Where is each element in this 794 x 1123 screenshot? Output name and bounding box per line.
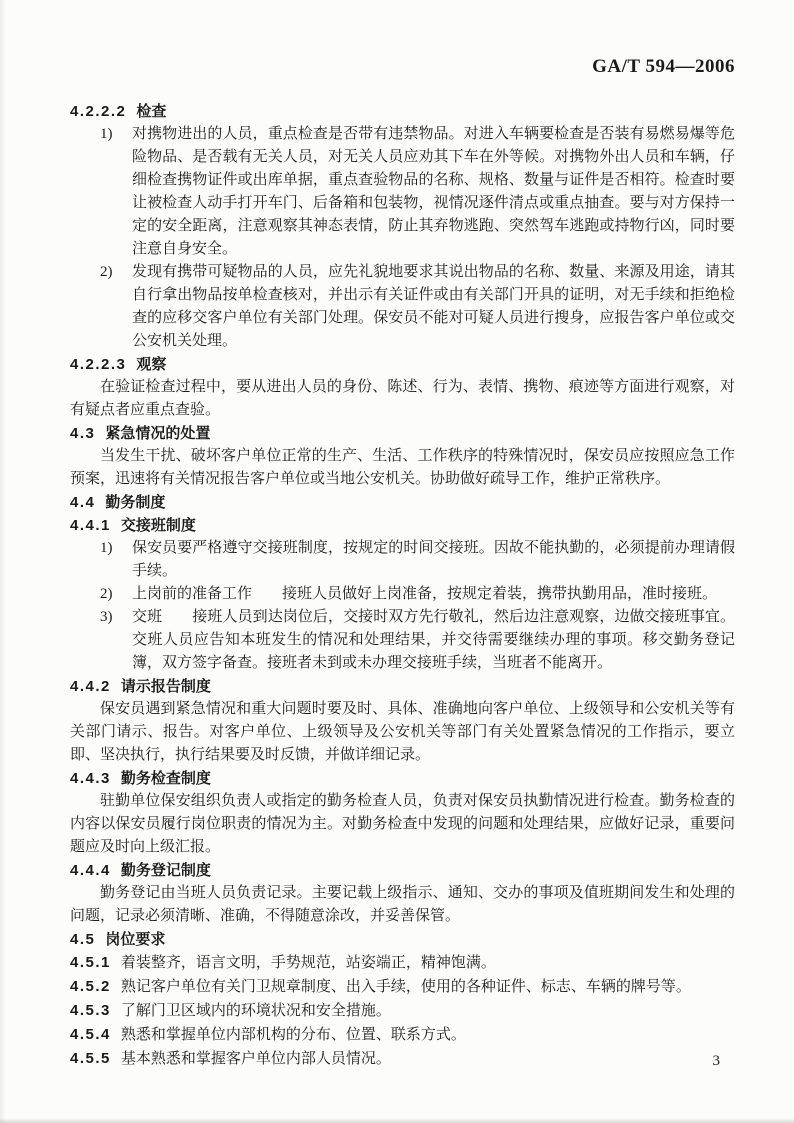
- clause-number: 4.5.1: [70, 954, 111, 971]
- heading-number: 4.2.2.2: [70, 103, 126, 120]
- clause-4-5-4: 4.5.4熟悉和掌握单位内部机构的分布、位置、联系方式。: [70, 1023, 735, 1047]
- heading-title: 勤务登记制度: [121, 862, 211, 879]
- clause-4-5-3: 4.5.3了解门卫区域内的环境状况和安全措施。: [70, 999, 735, 1023]
- list-item: 1) 对携物进出的人员，重点检查是否带有违禁物品。对进入车辆要检查是否装有易燃易…: [70, 123, 735, 261]
- heading-title: 检查: [136, 103, 166, 120]
- document-body: 4.2.2.2检查 1) 对携物进出的人员，重点检查是否带有违禁物品。对进入车辆…: [70, 100, 735, 1071]
- clause-text: 基本熟悉和掌握客户单位内部人员情况。: [121, 1051, 391, 1067]
- heading-4-4-2: 4.4.2请示报告制度: [70, 675, 735, 698]
- heading-4-2-2-2: 4.2.2.2检查: [70, 100, 735, 123]
- heading-title: 交接班制度: [121, 517, 196, 534]
- clause-number: 4.5.3: [70, 1002, 111, 1019]
- clause-text: 了解门卫区域内的环境状况和安全措施。: [121, 1003, 391, 1019]
- clause-number: 4.5.4: [70, 1026, 111, 1043]
- heading-4-4-3: 4.4.3勤务检查制度: [70, 767, 735, 790]
- clause-4-5-1: 4.5.1着装整齐，语言文明，手势规范，站姿端正，精神饱满。: [70, 951, 735, 975]
- list-marker: 1): [100, 537, 113, 560]
- heading-title: 岗位要求: [105, 931, 165, 948]
- heading-4-4-1: 4.4.1交接班制度: [70, 514, 735, 537]
- doc-code: GA/T 594—2006: [592, 56, 735, 77]
- heading-number: 4.2.2.3: [70, 356, 126, 373]
- list-marker: 2): [100, 261, 113, 284]
- list-item: 2) 上岗前的准备工作 接班人员做好上岗准备，按规定着装，携带执勤用品，准时接班…: [70, 583, 735, 606]
- heading-4-4-4: 4.4.4勤务登记制度: [70, 859, 735, 882]
- list-item-text: 交班 接班人员到达岗位后，交接时双方先行敬礼，然后边注意观察，边做交接班事宜。交…: [132, 606, 735, 675]
- heading-number: 4.3: [70, 425, 95, 442]
- heading-number: 4.4.2: [70, 678, 111, 695]
- page-number: 3: [713, 1053, 721, 1069]
- heading-4-2-2-3: 4.2.2.3观察: [70, 353, 735, 376]
- heading-number: 4.4.3: [70, 770, 111, 787]
- heading-title: 紧急情况的处置: [105, 425, 210, 442]
- list-marker: 1): [100, 123, 113, 146]
- list-item-text: 上岗前的准备工作 接班人员做好上岗准备，按规定着装，携带执勤用品，准时接班。: [132, 583, 735, 606]
- list-item-text: 保安员要严格遵守交接班制度，按规定的时间交接班。因故不能执勤的，必须提前办理请假…: [132, 537, 735, 583]
- list-marker: 2): [100, 583, 113, 606]
- list-item: 2) 发现有携带可疑物品的人员，应先礼貌地要求其说出物品的名称、数量、来源及用途…: [70, 261, 735, 353]
- list-item: 1) 保安员要严格遵守交接班制度，按规定的时间交接班。因故不能执勤的，必须提前办…: [70, 537, 735, 583]
- heading-title: 观察: [136, 356, 166, 373]
- paragraph: 勤务登记由当班人员负责记录。主要记载上级指示、通知、交办的事项及值班期间发生和处…: [70, 882, 735, 928]
- heading-number: 4.4.4: [70, 862, 111, 879]
- clause-number: 4.5.5: [70, 1050, 111, 1067]
- heading-number: 4.4.1: [70, 517, 111, 534]
- list-item: 3) 交班 接班人员到达岗位后，交接时双方先行敬礼，然后边注意观察，边做交接班事…: [70, 606, 735, 675]
- paragraph: 驻勤单位保安组织负责人或指定的勤务检查人员，负责对保安员执勤情况进行检查。勤务检…: [70, 790, 735, 859]
- clause-text: 熟悉和掌握单位内部机构的分布、位置、联系方式。: [121, 1027, 466, 1043]
- heading-title: 勤务制度: [105, 494, 165, 511]
- clause-4-5-5: 4.5.5基本熟悉和掌握客户单位内部人员情况。: [70, 1047, 735, 1071]
- heading-number: 4.4: [70, 494, 95, 511]
- list-item-text: 发现有携带可疑物品的人员，应先礼貌地要求其说出物品的名称、数量、来源及用途，请其…: [132, 261, 735, 353]
- clause-text: 熟记客户单位有关门卫规章制度、出入手续，使用的各种证件、标志、车辆的牌号等。: [121, 979, 691, 995]
- list-item-text: 对携物进出的人员，重点检查是否带有违禁物品。对进入车辆要检查是否装有易燃易爆等危…: [132, 123, 735, 261]
- heading-title: 请示报告制度: [121, 678, 211, 695]
- clause-text: 着装整齐，语言文明，手势规范，站姿端正，精神饱满。: [121, 955, 496, 971]
- heading-4-5: 4.5岗位要求: [70, 928, 735, 951]
- heading-number: 4.5: [70, 931, 95, 948]
- document-header: GA/T 594—2006: [70, 56, 735, 80]
- document-page: GA/T 594—2006 4.2.2.2检查 1) 对携物进出的人员，重点检查…: [0, 0, 794, 1123]
- document-footer: 3: [713, 1052, 721, 1070]
- paragraph: 当发生干扰、破坏客户单位正常的生产、生活、工作秩序的特殊情况时，保安员应按照应急…: [70, 445, 735, 491]
- paragraph: 在验证检查过程中，要从进出人员的身份、陈述、行为、表情、携物、痕迹等方面进行观察…: [70, 376, 735, 422]
- heading-4-3: 4.3紧急情况的处置: [70, 422, 735, 445]
- paragraph: 保安员遇到紧急情况和重大问题时要及时、具体、准确地向客户单位、上级领导和公安机关…: [70, 698, 735, 767]
- heading-title: 勤务检查制度: [121, 770, 211, 787]
- list-marker: 3): [100, 606, 113, 629]
- clause-number: 4.5.2: [70, 978, 111, 995]
- heading-4-4: 4.4勤务制度: [70, 491, 735, 514]
- clause-4-5-2: 4.5.2熟记客户单位有关门卫规章制度、出入手续，使用的各种证件、标志、车辆的牌…: [70, 975, 735, 999]
